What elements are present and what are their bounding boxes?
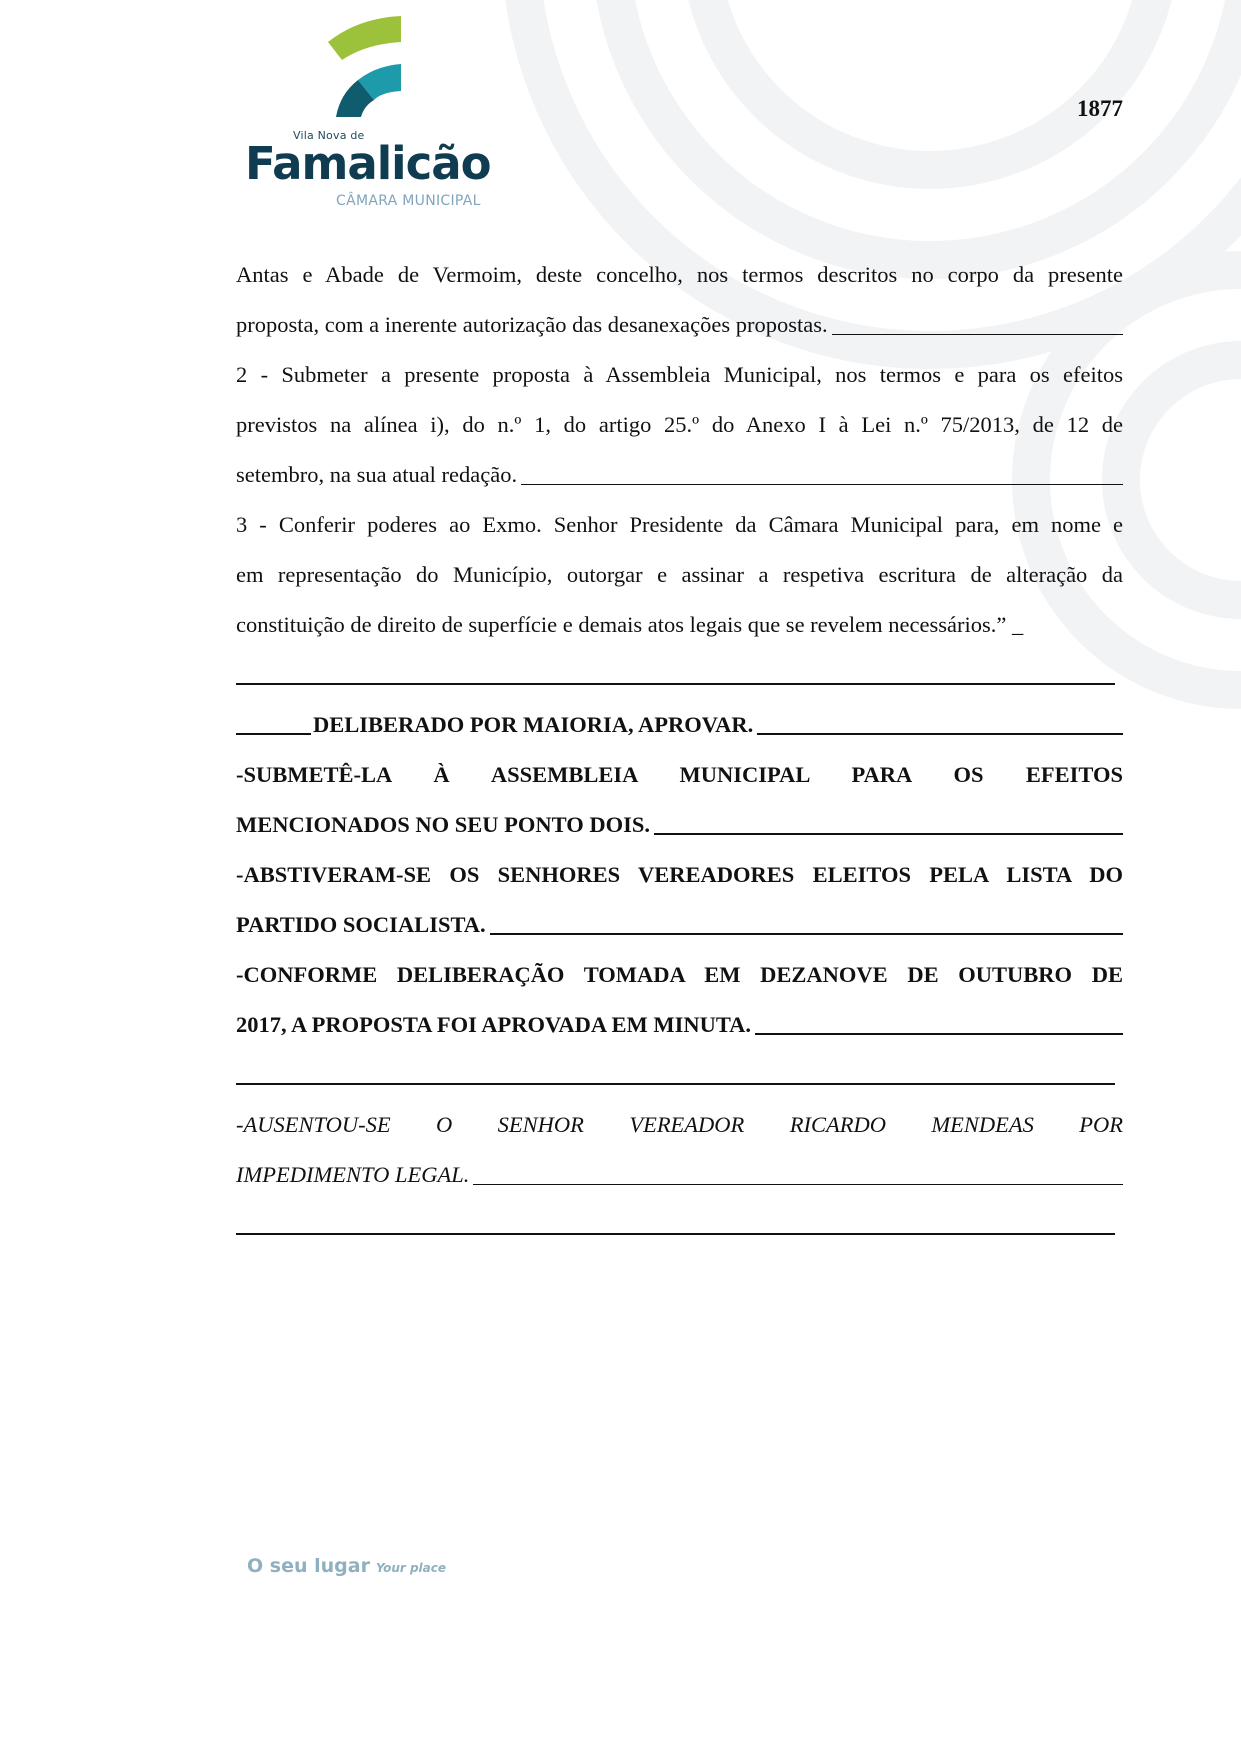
decision-submit-line-1: -SUBMETÊ-LA À ASSEMBLEIA MUNICIPAL PARA …	[236, 750, 1123, 800]
municipality-logo: Vila Nova de Famalicão CÂMARA MUNICIPAL	[240, 14, 510, 214]
decision-abstain-line-1: -ABSTIVERAM-SE OS SENHORES VEREADORES EL…	[236, 850, 1123, 900]
decision-minute-line-1: -CONFORME DELIBERAÇÃO TOMADA EM DEZANOVE…	[236, 950, 1123, 1000]
paragraph-2-line-3-text: setembro, na sua atual redação.	[236, 450, 517, 500]
footer-slogan: O seu lugarYour place	[247, 1555, 446, 1577]
absence-line-1: -AUSENTOU-SE O SENHOR VEREADOR RICARDO M…	[236, 1100, 1123, 1150]
paragraph-2-line-3: setembro, na sua atual redação.	[236, 450, 1123, 500]
fill-line	[757, 700, 1123, 735]
decision-submit-line-2-text: MENCIONADOS NO SEU PONTO DOIS.	[236, 800, 650, 850]
decision-submit-line-2: MENCIONADOS NO SEU PONTO DOIS.	[236, 800, 1123, 850]
fill-line	[654, 800, 1123, 835]
slogan-portuguese: O seu lugar	[247, 1555, 370, 1577]
document-body: Antas e Abade de Vermoim, deste concelho…	[236, 250, 1123, 1250]
fill-line	[490, 900, 1123, 935]
decision-minute-line-2-text: 2017, A PROPOSTA FOI APROVADA EM MINUTA.	[236, 1000, 751, 1050]
separator-rule	[236, 650, 1123, 700]
slogan-english: Your place	[376, 1561, 446, 1575]
fill-line	[473, 1150, 1123, 1185]
paragraph-1-line-1: Antas e Abade de Vermoim, deste concelho…	[236, 250, 1123, 300]
fill-line	[832, 300, 1123, 335]
fill-line	[755, 1000, 1123, 1035]
separator-rule	[236, 1200, 1123, 1250]
paragraph-3-line-2: em representação do Município, outorgar …	[236, 550, 1123, 600]
logo-mark-icon	[328, 14, 408, 119]
logo-subtitle: CÂMARA MUNICIPAL	[336, 193, 481, 209]
fill-line	[236, 700, 311, 735]
paragraph-3-line-3: constituição de direito de superfície e …	[236, 600, 1123, 650]
logo-name: Famalicão	[245, 137, 491, 190]
paragraph-3-line-3-text: constituição de direito de superfície e …	[236, 600, 1023, 650]
paragraph-1-line-2: proposta, com a inerente autorização das…	[236, 300, 1123, 350]
paragraph-2-line-2: previstos na alínea i), do n.º 1, do art…	[236, 400, 1123, 450]
decision-abstain-line-2-text: PARTIDO SOCIALISTA.	[236, 900, 486, 950]
decision-minute-line-2: 2017, A PROPOSTA FOI APROVADA EM MINUTA.	[236, 1000, 1123, 1050]
decision-abstain-line-2: PARTIDO SOCIALISTA.	[236, 900, 1123, 950]
page-number: 1877	[1077, 96, 1123, 122]
paragraph-3-line-1: 3 - Conferir poderes ao Exmo. Senhor Pre…	[236, 500, 1123, 550]
decision-approved: DELIBERADO POR MAIORIA, APROVAR.	[236, 700, 1123, 750]
decision-approved-text: DELIBERADO POR MAIORIA, APROVAR.	[313, 700, 753, 750]
absence-line-2: IMPEDIMENTO LEGAL.	[236, 1150, 1123, 1200]
paragraph-1-line-2-text: proposta, com a inerente autorização das…	[236, 300, 828, 350]
separator-rule	[236, 1050, 1123, 1100]
paragraph-2-line-1: 2 - Submeter a presente proposta à Assem…	[236, 350, 1123, 400]
absence-line-2-text: IMPEDIMENTO LEGAL.	[236, 1150, 469, 1200]
fill-line	[521, 450, 1123, 485]
